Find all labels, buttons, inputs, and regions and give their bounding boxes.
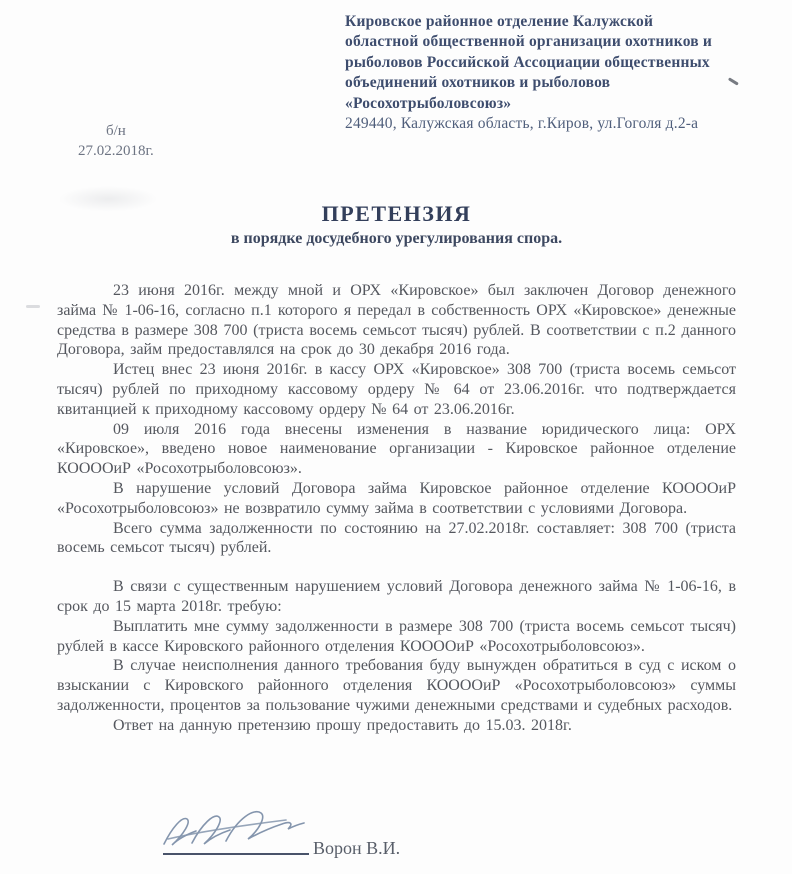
body-paragraph: В нарушение условий Договора займа Киров… xyxy=(57,479,736,519)
document-page: Кировское районное отделение Калужской о… xyxy=(0,0,792,874)
reference-date: 27.02.2018г. xyxy=(78,141,154,161)
body-paragraph: Ответ на данную претензию прошу предоста… xyxy=(57,716,736,736)
org-line: Кировское районное отделение Калужской xyxy=(345,12,775,32)
document-body: 23 июня 2016г. между мной и ОРХ «Кировск… xyxy=(57,281,736,736)
org-line: рыболовов Российской Ассоциации обществе… xyxy=(345,53,775,73)
signature-name: Ворон В.И. xyxy=(313,838,400,859)
org-line: объединений охотников и рыболовов xyxy=(345,73,775,93)
body-paragraph: Истец внес 23 июня 2016г. в кассу ОРХ «К… xyxy=(57,360,736,419)
body-paragraph: Выплатить мне сумму задолженности в разм… xyxy=(57,617,736,657)
body-paragraph: 23 июня 2016г. между мной и ОРХ «Кировск… xyxy=(57,281,736,360)
document-subtitle: в порядке досудебного урегулирования спо… xyxy=(57,230,736,248)
document-title: ПРЕТЕНЗИЯ xyxy=(57,201,736,227)
org-line: областной общественной организации охотн… xyxy=(345,32,775,52)
body-paragraph: 09 июля 2016 года внесены изменения в на… xyxy=(57,420,736,479)
signature-line xyxy=(163,836,309,855)
reference-block: б/н 27.02.2018г. xyxy=(78,121,154,161)
reference-number: б/н xyxy=(106,121,154,141)
body-paragraph: Всего сумма задолженности по состоянию н… xyxy=(57,519,736,559)
org-line: «Росохотрыболовсоюз» xyxy=(345,94,775,114)
scan-edge-mark xyxy=(26,305,40,308)
scan-smudge xyxy=(58,186,158,212)
body-paragraph: В случае неисполнения данного требования… xyxy=(57,656,736,715)
body-paragraph: В связи с существенным нарушением услови… xyxy=(57,577,736,617)
org-header: Кировское районное отделение Калужской о… xyxy=(345,12,775,134)
org-address: 249440, Калужская область, г.Киров, ул.Г… xyxy=(345,114,775,134)
